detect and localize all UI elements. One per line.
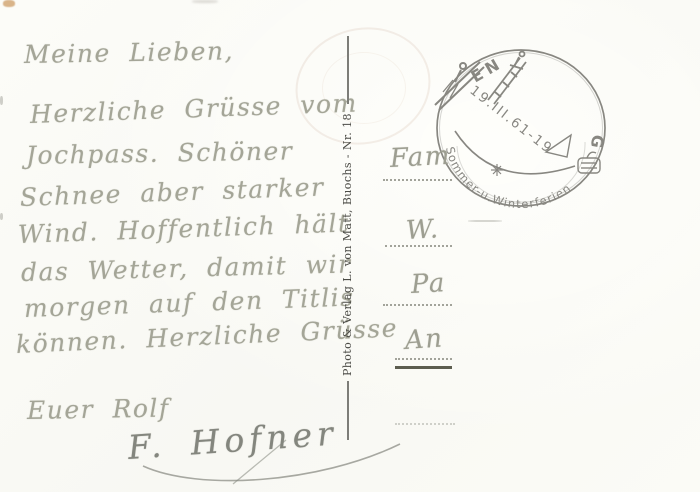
postmark-slogan: Sommer-u.Winterferien	[443, 145, 574, 211]
scan-artifact	[0, 213, 3, 220]
message-line: Meine Lieben,	[24, 36, 234, 69]
divider-dash-bottom	[347, 381, 349, 440]
postmark-stamp: EN G 19.III.61-19 Sommer-u.Winterferien	[425, 40, 615, 220]
divider-dash-top	[347, 36, 349, 104]
postmark-town-right: G	[587, 133, 608, 149]
address-rule	[383, 179, 452, 181]
postcard-back: Meine Lieben, Herzliche Grüsse vom Jochp…	[0, 0, 700, 492]
slope-line	[455, 131, 575, 174]
address-rule	[383, 304, 452, 306]
address-rule	[385, 245, 452, 247]
address-line-text: Fam	[389, 141, 451, 174]
scan-artifact	[192, 0, 218, 3]
postmark-date: 19.III.61-19	[467, 83, 556, 158]
message-line: Wind. Hoffentlich hält	[17, 208, 349, 249]
address-line-text: W.	[405, 214, 440, 246]
scan-artifact	[3, 0, 15, 7]
signature-flourish	[138, 436, 408, 491]
publisher-imprint: Photo & Verlag L. von Matt, Buochs - Nr.…	[338, 108, 357, 382]
message-line: das Wetter, damit wir	[21, 249, 352, 287]
address-rule	[395, 358, 452, 360]
message-line: Jochpass. Schöner	[26, 136, 294, 170]
address-rule-solid	[395, 366, 452, 369]
message-line: Euer Rolf	[27, 394, 170, 425]
address-rule	[395, 423, 455, 425]
scan-artifact	[0, 96, 3, 105]
address-line-text: Pa	[410, 268, 446, 300]
address-line-text: An	[404, 323, 445, 356]
scan-artifact	[468, 220, 502, 222]
message-line: Schnee aber starker	[19, 172, 324, 212]
